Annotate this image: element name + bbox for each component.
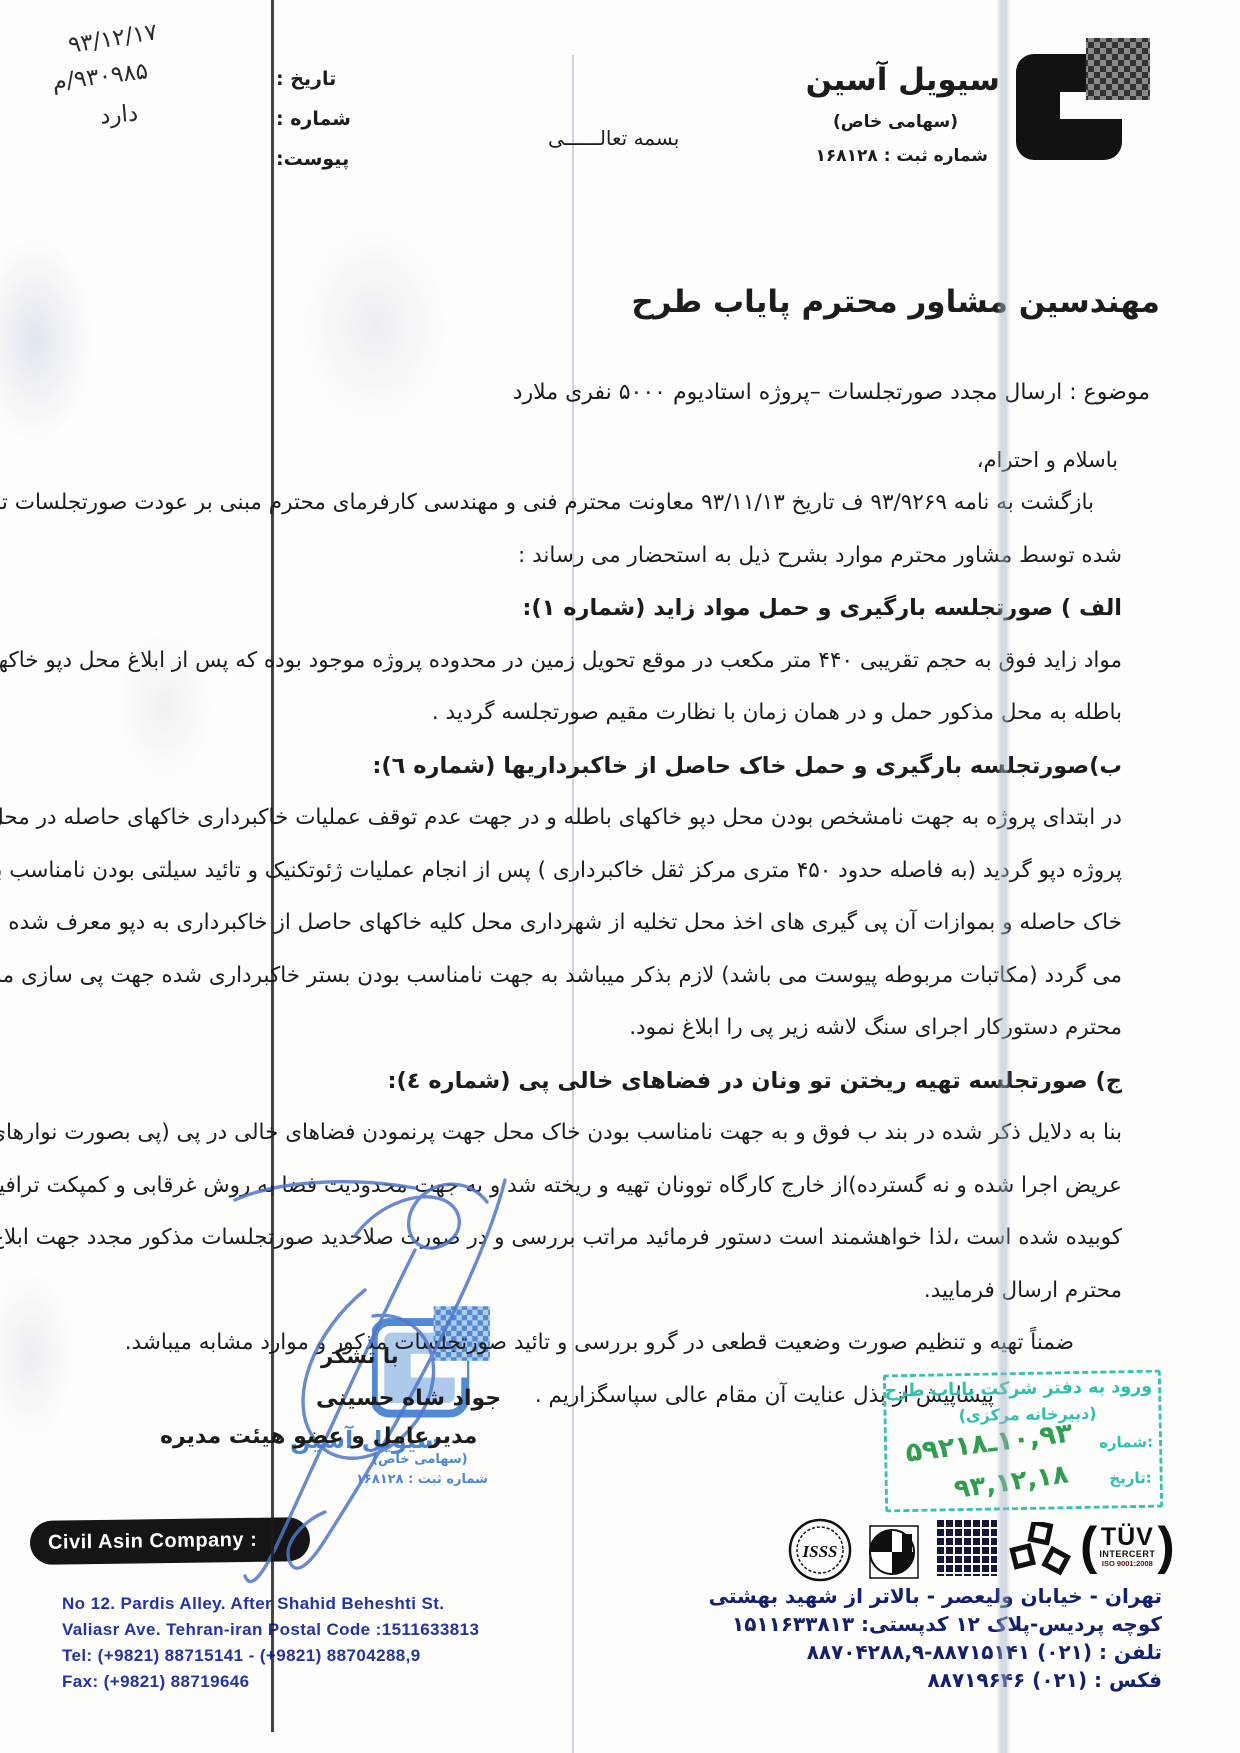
cubes-logo-icon: [1008, 1522, 1072, 1582]
body-line: باطله به محل مذکور حمل و در همان زمان با…: [88, 700, 1122, 753]
fax-fa-line: فکس : (۰۲۱) ۸۸۷۱۹۶۴۶: [928, 1668, 1162, 1692]
body-line: پروژه دپو گردید (به فاصله حدود ۴۵۰ متری …: [88, 858, 1122, 911]
grid-building-logo-icon: [935, 1518, 997, 1576]
handwritten-signature: [115, 1140, 595, 1620]
number-label: شماره :: [276, 108, 351, 130]
received-stamp-date-label: تاریخ:: [1109, 1469, 1152, 1488]
quadrant-circle-logo-icon: [864, 1522, 924, 1582]
received-stamp: ورود به دفتر شرکت پایاب طرح (دبیرخانه مر…: [883, 1370, 1163, 1513]
attachment-label: پیوست:: [276, 148, 349, 170]
recipient-heading: مهندسین مشاور محترم پایاب طرح: [631, 284, 1160, 320]
scanned-letter-page: ۹۳/۱۲/۱۷ ۹۳۰۹۸۵/م دارد تاریخ : شماره : پ…: [0, 0, 1240, 1753]
tuv-paren-left: (: [1080, 1522, 1097, 1570]
date-label: تاریخ :: [276, 68, 336, 90]
body-line: در ابتدای پروژه به جهت نامشخص بودن محل د…: [88, 805, 1122, 858]
received-stamp-title: ورود به دفتر شرکت پایاب طرح: [884, 1377, 1152, 1402]
tuv-intercert: INTERCERT: [1099, 1549, 1155, 1559]
attachment-handwritten-value: دارد: [99, 100, 139, 129]
section-a-heading: الف ) صورتجلسه بارگیری و حمل مواد زاید (…: [88, 595, 1122, 648]
isss-logo-icon: ISSS: [788, 1518, 852, 1582]
tuv-paren-right: ): [1157, 1522, 1174, 1570]
section-c-heading: ج) صورتجلسه تهیه ریختن تو ونان در فضاهای…: [88, 1068, 1122, 1121]
scan-smudge: [300, 225, 450, 425]
body-line: محترم دستورکار اجرای سنگ لاشه زیر پی را …: [88, 1015, 1122, 1068]
body-line: شده توسط مشاور محترم موارد بشرح ذیل به ا…: [88, 543, 1122, 596]
received-stamp-number-label: شماره:: [1099, 1433, 1153, 1452]
number-handwritten-value: ۹۳۰۹۸۵/م: [51, 58, 150, 96]
company-name: سیویل آسین: [806, 62, 1000, 98]
body-line: مواد زاید فوق به حجم تقریبی ۴۴۰ متر مکعب…: [88, 648, 1122, 701]
company-type: (سهامی خاص): [833, 112, 958, 132]
scanner-streak: [996, 0, 1011, 1753]
body-line: بازگشت به نامه ۹۳/۹۲۶۹ ف تاریخ ۹۳/۱۱/۱۳ …: [88, 490, 1122, 543]
subject-line: موضوع : ارسال مجدد صورتجلسات –پروژه استا…: [513, 380, 1150, 405]
body-line: خاک حاصله و بموازات آن پی گیری های اخذ م…: [88, 910, 1122, 963]
scan-smudge: [0, 235, 95, 445]
signatory-name: جواد شاه حسینی: [316, 1386, 501, 1411]
address-fa-line-1: تهران - خیابان ولیعصر - بالاتر از شهید ب…: [709, 1584, 1162, 1608]
company-registration: شماره ثبت : ۱۶۸۱۲۸: [816, 146, 988, 166]
tuv-iso: ISO 9001:2008: [1102, 1559, 1153, 1568]
address-fa-line-2: کوچه پردیس-پلاک ۱۲ کدپستی: ۱۵۱۱۶۳۳۸۱۳: [732, 1612, 1162, 1636]
body-line: می گردد (مکاتبات مربوطه پیوست می باشد) ل…: [88, 963, 1122, 1016]
signatory-title: مدیرعامل و عضو هیئت مدیره: [160, 1424, 477, 1449]
tuv-logo: ( TÜV INTERCERT ISO 9001:2008 ): [1080, 1522, 1175, 1570]
fold-line: [271, 0, 274, 1732]
received-stamp-date-value: ۹۳,۱۲,۱۸: [952, 1459, 1070, 1505]
date-handwritten-value: ۹۳/۱۲/۱۷: [67, 19, 160, 59]
scan-smudge: [0, 1270, 75, 1440]
section-b-heading: ب)صورتجلسه بارگیری و حمل خاک حاصل از خاک…: [88, 753, 1122, 806]
phone-fa-line: تلفن : (۰۲۱) ۸۸۷۱۵۱۴۱-۸۸۷۰۴۲۸۸,۹: [807, 1640, 1162, 1664]
tuv-name: TÜV: [1101, 1525, 1154, 1549]
svg-text:ISSS: ISSS: [802, 1542, 838, 1561]
fax-en-line: Fax: (+9821) 88719646: [62, 1672, 250, 1692]
signature-thanks: با تشکر: [321, 1344, 399, 1368]
bismillah-text: بسمه تعالــــــی: [548, 126, 679, 150]
phone-en-line: Tel: (+9821) 88715141 - (+9821) 88704288…: [62, 1646, 421, 1666]
company-logo-icon: [1016, 30, 1166, 175]
